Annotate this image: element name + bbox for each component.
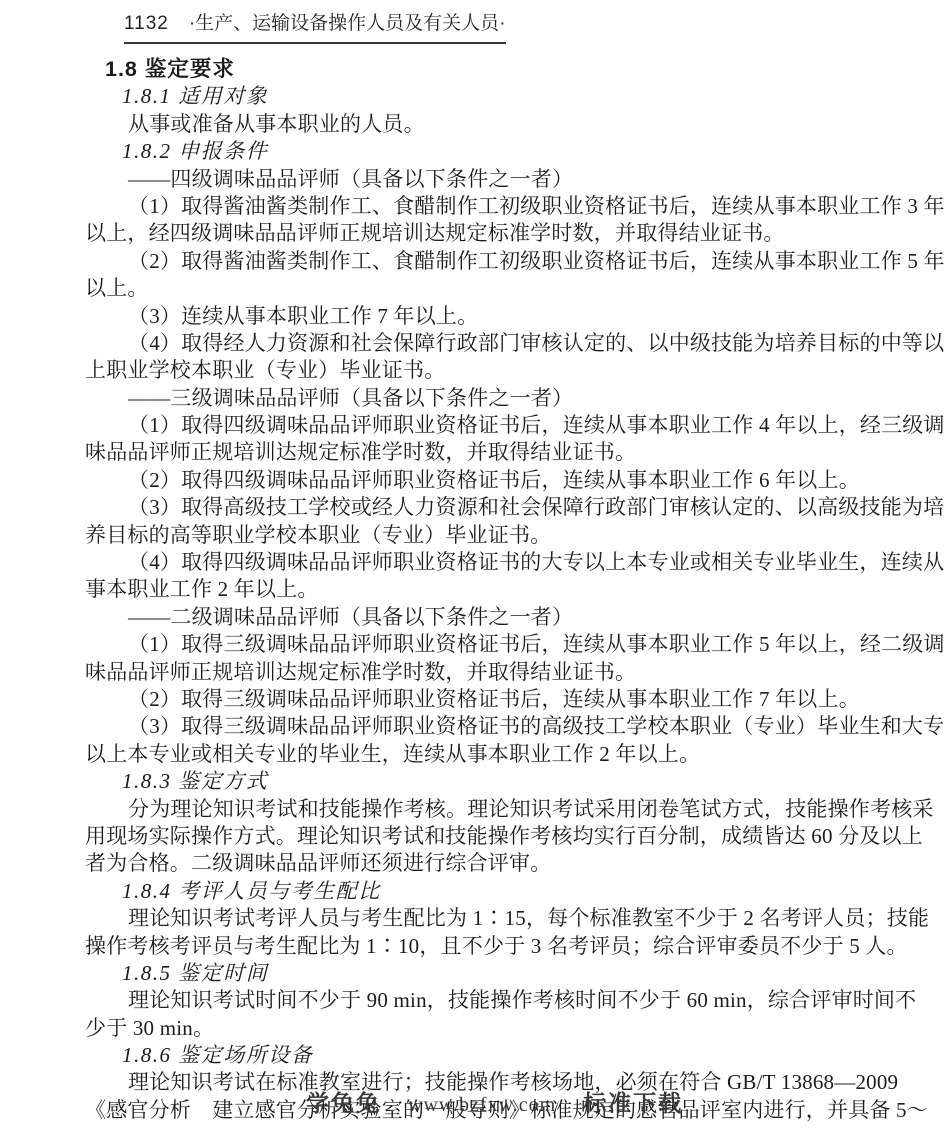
text-line: 少于 30 min。 [85, 1015, 875, 1042]
text-line: ——三级调味品品评师（具备以下条件之一者） [85, 385, 875, 412]
text-line: 用现场实际操作方式。理论知识考试和技能操作考核均实行百分制，成绩皆达 60 分及… [85, 823, 875, 850]
running-header-title: ·生产、运输设备操作人员及有关人员· [189, 13, 506, 34]
text-line: （3）取得三级调味品品评师职业资格证书的高级技工学校本职业（专业）毕业生和大专 [85, 713, 875, 740]
text-line: 理论知识考试时间不少于 90 min，技能操作考核时间不少于 60 min，综合… [85, 987, 875, 1014]
text-line: （4）取得四级调味品品评师职业资格证书的大专以上本专业或相关专业毕业生，连续从 [85, 549, 875, 576]
document-page: 1132·生产、运输设备操作人员及有关人员· 1.8 鉴定要求1.8.1 适用对… [0, 0, 950, 1134]
text-line: （2）取得酱油酱类制作工、食醋制作工初级职业资格证书后，连续从事本职业工作 5 … [85, 248, 875, 275]
text-line: （1）取得四级调味品品评师职业资格证书后，连续从事本职业工作 4 年以上，经三级… [85, 412, 875, 439]
subsection-heading: 1.8.1 适用对象 [122, 83, 875, 110]
subsection-heading: 1.8.3 鉴定方式 [122, 768, 875, 795]
text-line: （2）取得三级调味品品评师职业资格证书后，连续从事本职业工作 7 年以上。 [85, 686, 875, 713]
subsection-heading: 1.8.2 申报条件 [122, 138, 875, 165]
document-body: 1.8 鉴定要求1.8.1 适用对象从事或准备从事本职业的人员。1.8.2 申报… [85, 56, 875, 1124]
watermark: 学兔兔 www.bzfxw.com 标准下载 [306, 1085, 683, 1118]
text-line: 味品品评师正规培训达规定标准学时数，并取得结业证书。 [85, 439, 875, 466]
running-header: 1132·生产、运输设备操作人员及有关人员· [124, 13, 506, 44]
text-line: 以上。 [85, 275, 875, 302]
text-line: 操作考核考评员与考生配比为 1∶10，且不少于 3 名考评员；综合评审委员不少于… [85, 933, 875, 960]
text-line: （2）取得四级调味品品评师职业资格证书后，连续从事本职业工作 6 年以上。 [85, 467, 875, 494]
text-line: 味品品评师正规培训达规定标准学时数，并取得结业证书。 [85, 659, 875, 686]
text-line: ——四级调味品品评师（具备以下条件之一者） [85, 166, 875, 193]
watermark-site-name: 学兔兔 [306, 1085, 381, 1118]
watermark-url: www.bzfxw.com [408, 1094, 556, 1117]
watermark-caption: 标准下载 [583, 1085, 683, 1118]
section-heading: 1.8 鉴定要求 [105, 56, 875, 83]
text-line: （1）取得三级调味品品评师职业资格证书后，连续从事本职业工作 5 年以上，经二级… [85, 631, 875, 658]
subsection-heading: 1.8.6 鉴定场所设备 [122, 1042, 875, 1069]
text-line: 理论知识考试考评人员与考生配比为 1∶15，每个标准教室不少于 2 名考评人员；… [85, 905, 875, 932]
text-line: （3）连续从事本职业工作 7 年以上。 [85, 303, 875, 330]
text-line: 者为合格。二级调味品品评师还须进行综合评审。 [85, 850, 875, 877]
text-line: 上职业学校本职业（专业）毕业证书。 [85, 357, 875, 384]
subsection-heading: 1.8.4 考评人员与考生配比 [122, 878, 875, 905]
text-line: 事本职业工作 2 年以上。 [85, 576, 875, 603]
text-line: （1）取得酱油酱类制作工、食醋制作工初级职业资格证书后，连续从事本职业工作 3 … [85, 193, 875, 220]
text-line: ——二级调味品品评师（具备以下条件之一者） [85, 604, 875, 631]
text-line: 从事或准备从事本职业的人员。 [85, 111, 875, 138]
text-line: 以上本专业或相关专业的毕业生，连续从事本职业工作 2 年以上。 [85, 741, 875, 768]
text-line: 养目标的高等职业学校本职业（专业）毕业证书。 [85, 522, 875, 549]
text-line: 分为理论知识考试和技能操作考核。理论知识考试采用闭卷笔试方式，技能操作考核采 [85, 796, 875, 823]
page-number: 1132 [124, 13, 169, 34]
text-line: （3）取得高级技工学校或经人力资源和社会保障行政部门审核认定的、以高级技能为培 [85, 494, 875, 521]
subsection-heading: 1.8.5 鉴定时间 [122, 960, 875, 987]
text-line: 以上，经四级调味品品评师正规培训达规定标准学时数，并取得结业证书。 [85, 220, 875, 247]
text-line: （4）取得经人力资源和社会保障行政部门审核认定的、以中级技能为培养目标的中等以 [85, 330, 875, 357]
